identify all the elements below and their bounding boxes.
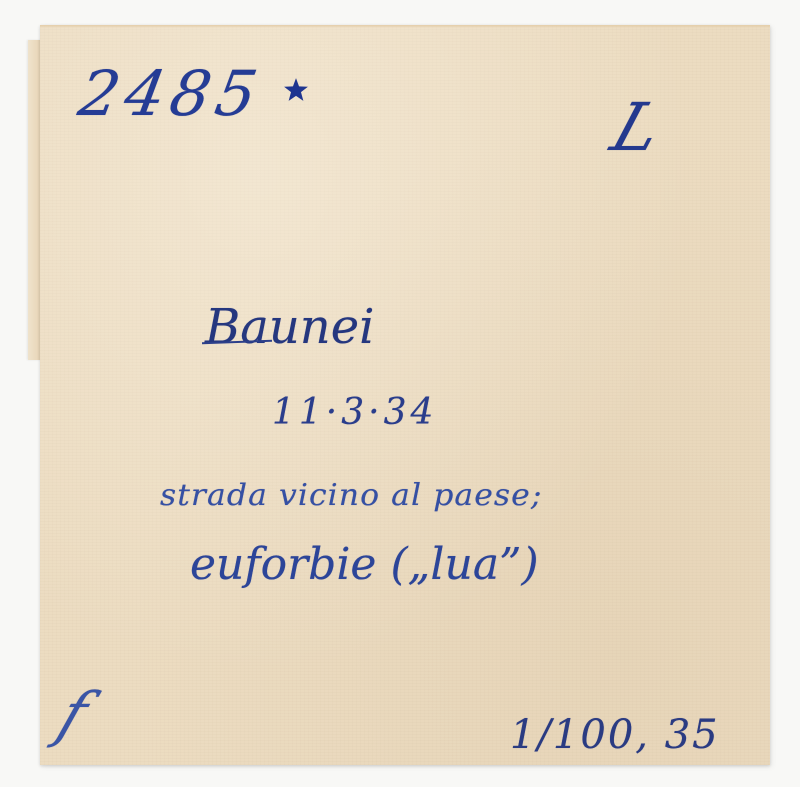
catalog-number: 2485	[75, 63, 268, 125]
plant-description: euforbie („lua”)	[190, 543, 539, 587]
star-icon	[283, 77, 309, 103]
collection-date: 11·3·34	[272, 395, 437, 431]
paper-top-edge	[40, 25, 770, 28]
corner-letter: L	[604, 95, 669, 161]
habitat-description: strada vicino al paese;	[160, 481, 542, 511]
scan-background: 2485 L Baunei 11·3·34 strada vicino al p…	[0, 0, 800, 787]
locality-name: Baunei	[205, 303, 374, 351]
ratio-note: 1/100, 35	[510, 715, 720, 755]
specimen-label-paper: 2485 L Baunei 11·3·34 strada vicino al p…	[40, 25, 770, 765]
collector-initial: f	[51, 685, 95, 745]
